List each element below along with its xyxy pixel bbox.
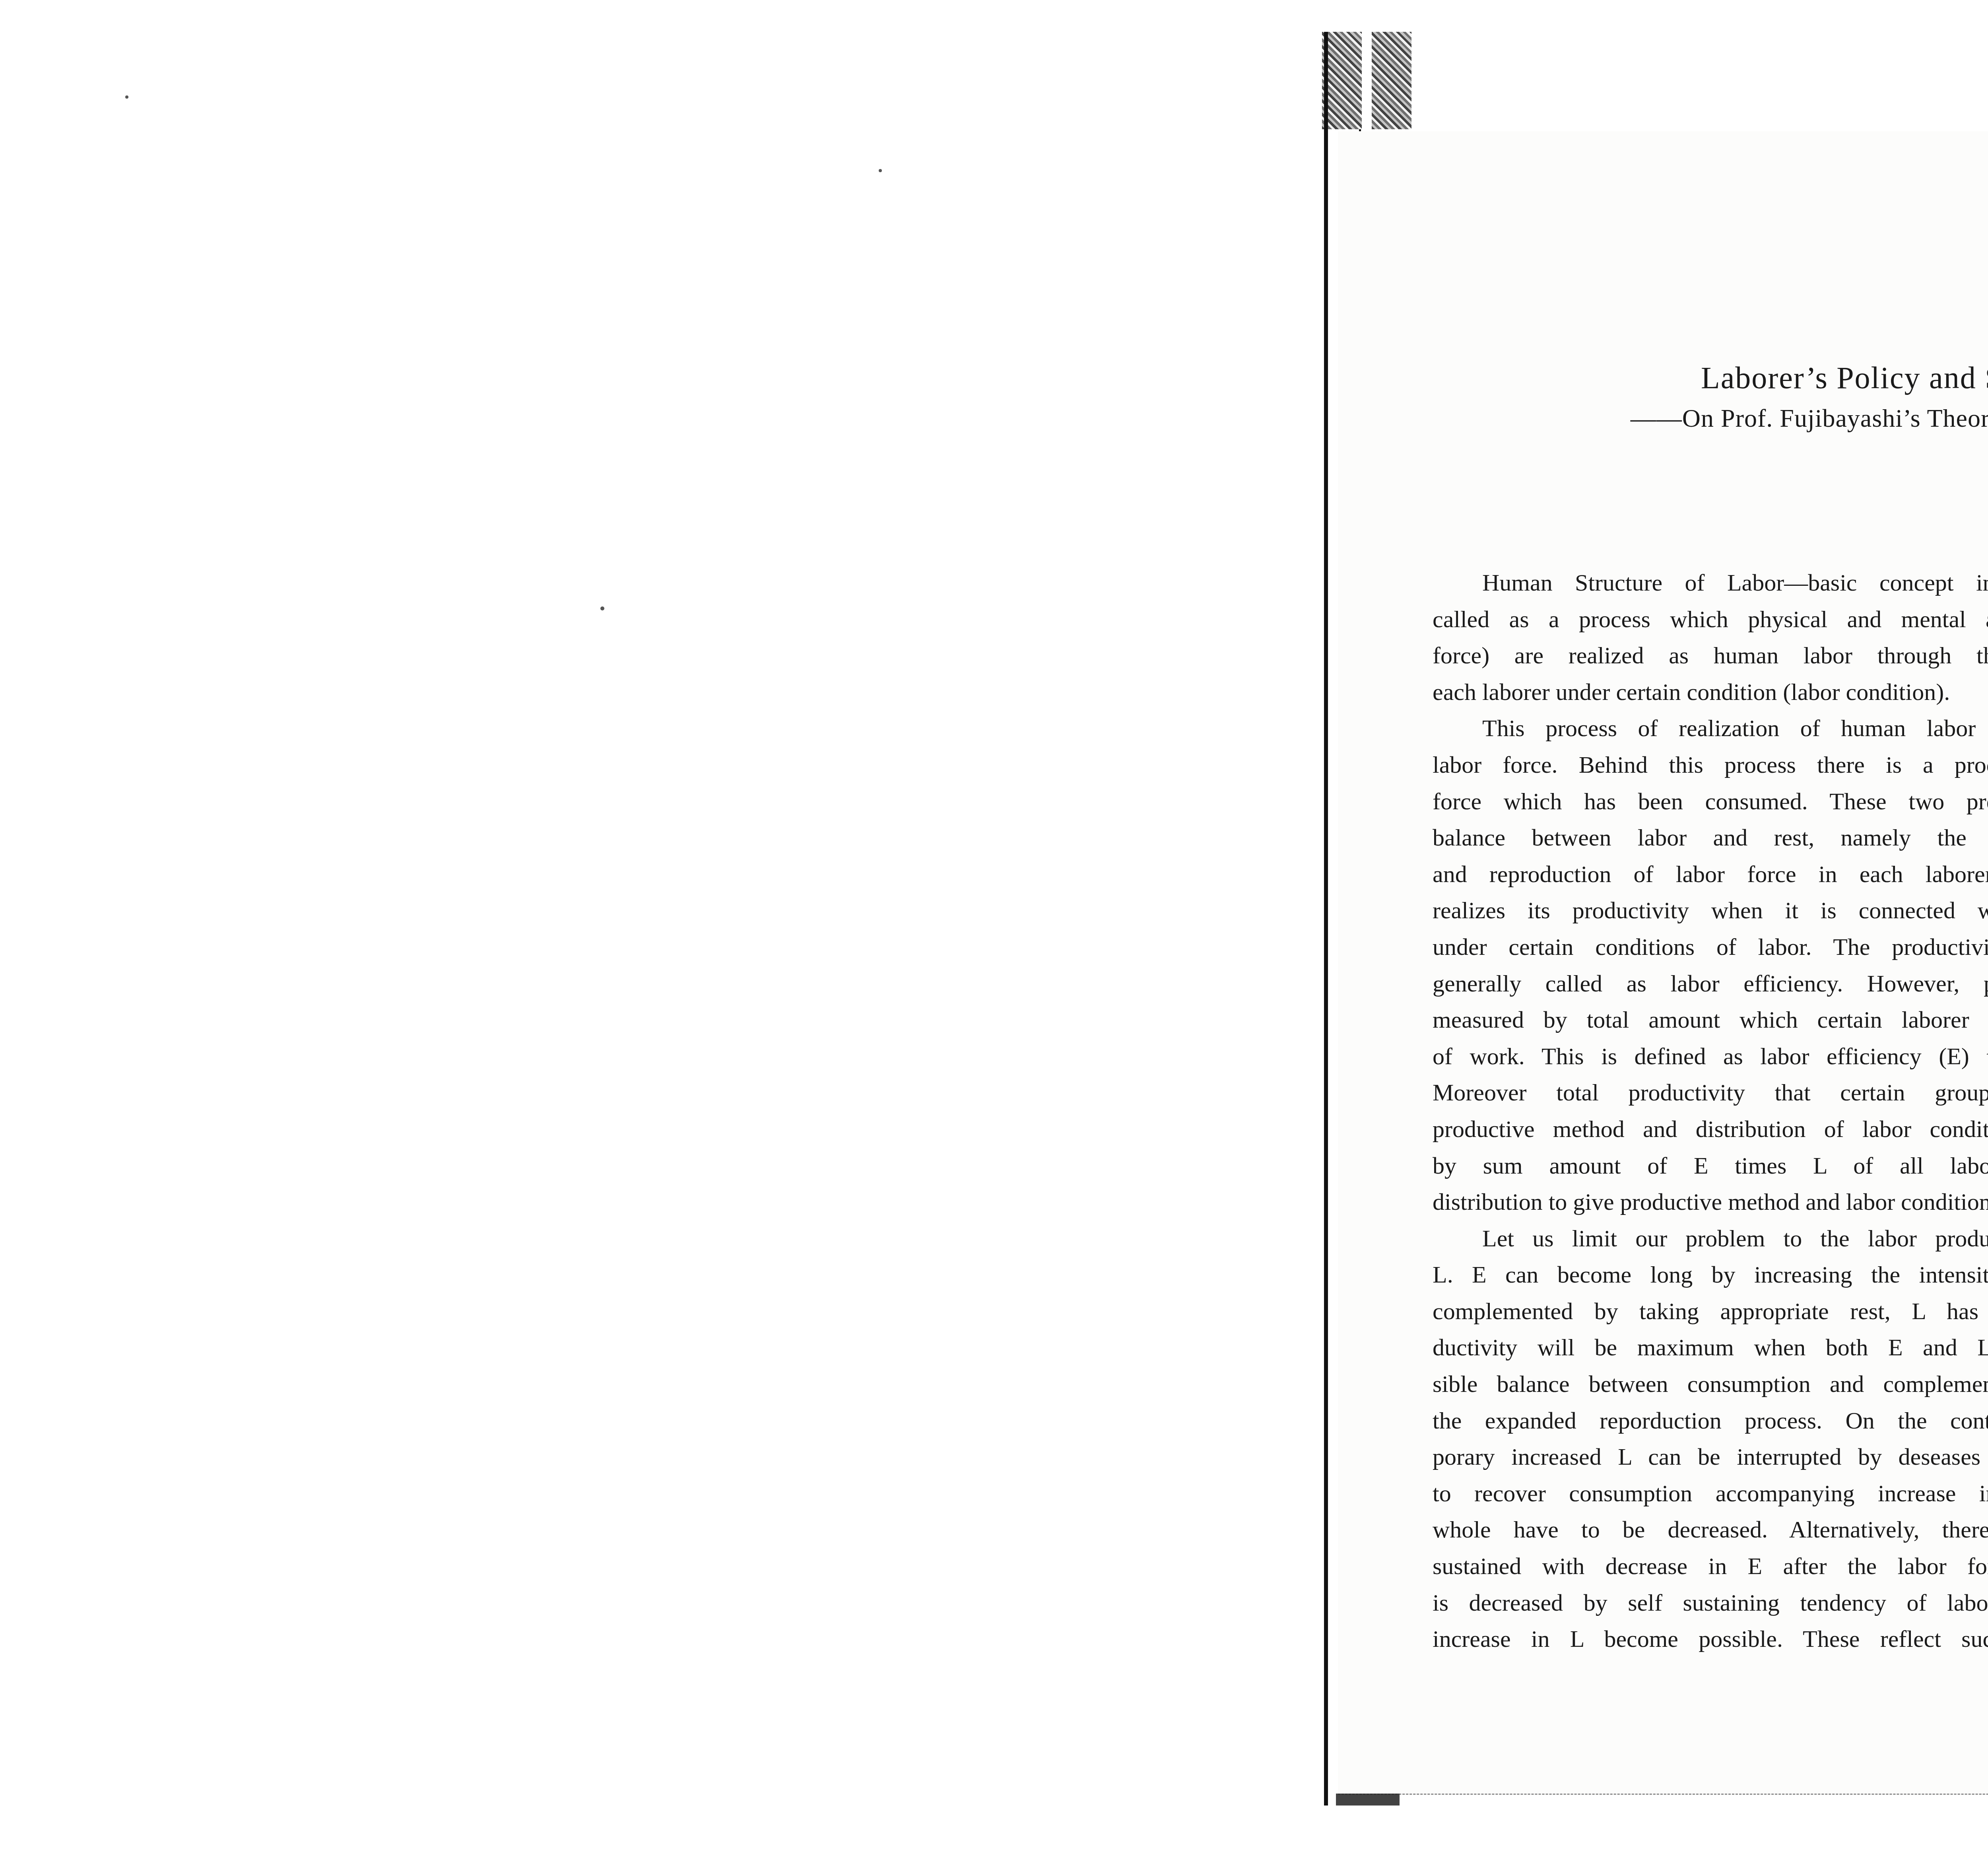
scan-speck [600, 606, 604, 610]
article-body: Human Structure of Labor—basic concept i… [1433, 565, 1988, 1658]
article-subtitle: ——On Prof. Fujibayashi’s Theory of Socia… [1344, 404, 1988, 433]
body-line: to recover consumption accompanying incr… [1433, 1475, 1988, 1512]
spine-line [1324, 32, 1328, 1806]
body-line: called as a process which physical and m… [1433, 601, 1988, 638]
body-line: Moreover total productivity that certain… [1433, 1075, 1988, 1111]
body-line: under certain conditions of labor. The p… [1433, 929, 1988, 966]
scan-speck [125, 95, 128, 99]
body-line: of work. This is defined as labor effici… [1433, 1038, 1988, 1075]
body-line: measured by total amount which certain l… [1433, 1002, 1988, 1038]
body-line: Human Structure of Labor—basic concept i… [1433, 565, 1988, 601]
body-line: by sum amount of E times L of all labore… [1433, 1148, 1988, 1184]
body-line: This process of realization of human lab… [1433, 710, 1988, 747]
body-line: generally called as labor efficiency. Ho… [1433, 966, 1988, 1002]
scan-corner-artifact [1336, 1794, 1400, 1806]
binding-strip-right [1372, 32, 1411, 129]
body-line: balance between labor and rest, namely t… [1433, 820, 1988, 856]
body-line: the expanded reporduction process. On th… [1433, 1403, 1988, 1439]
body-line: and reproduction of labor force in each … [1433, 856, 1988, 893]
body-line: porary increased L can be interrupted by… [1433, 1439, 1988, 1475]
body-line: sible balance between consumption and co… [1433, 1366, 1988, 1403]
body-line: productive method and distribution of la… [1433, 1111, 1988, 1148]
body-line: ductivity will be maximum when both E an… [1433, 1329, 1988, 1366]
body-line: distribution to give productive method a… [1433, 1184, 1988, 1221]
body-line: force) are realized as human labor throu… [1433, 637, 1988, 674]
body-line: Let us limit our problem to the labor pr… [1433, 1221, 1988, 1257]
body-line: whole have to be decreased. Alternativel… [1433, 1512, 1988, 1548]
body-line: is decreased by self sustaining tendency… [1433, 1585, 1988, 1621]
body-line: force which has been consumed. These two… [1433, 783, 1988, 820]
body-line: L. E can become long by increasing the i… [1433, 1257, 1988, 1293]
binding-strip-left [1322, 32, 1362, 129]
scan-speck [879, 169, 882, 172]
body-line: sustained with decrease in E after the l… [1433, 1548, 1988, 1585]
body-line: each laborer under certain condition (la… [1433, 674, 1988, 711]
body-line: complemented by taking appropriate rest,… [1433, 1293, 1988, 1330]
body-line: realizes its productivity when it is con… [1433, 892, 1988, 929]
body-line: increase in L become possible. These ref… [1433, 1621, 1988, 1658]
article-title: Laborer’s Policy and Social Policy [1344, 360, 1988, 396]
body-line: labor force. Behind this process there i… [1433, 747, 1988, 783]
